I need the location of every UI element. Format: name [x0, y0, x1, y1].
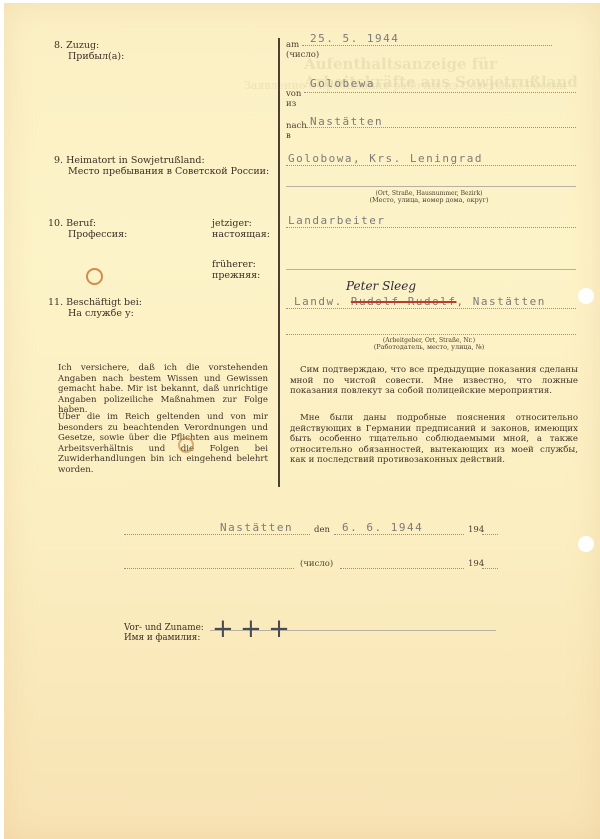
item10-current-line2 [286, 269, 576, 270]
struck-employer-name: Rudolf Rudolf [351, 295, 457, 308]
handwritten-employer-correction: Peter Sleeg [346, 279, 416, 293]
item10-label: 10. Beruf: Профессия: [48, 218, 127, 240]
stamp-mark-2 [178, 437, 194, 453]
document-page: Aufenthaltsanzeige für Arbeitskräfte aus… [4, 3, 600, 839]
item10-label-de: Beruf: [66, 218, 96, 229]
item8-date-value: 25. 5. 1944 [310, 32, 399, 45]
item9-line2 [286, 186, 576, 187]
date-line-ru [340, 568, 464, 569]
item9-label-de: Heimatort in Sowjetrußland: [66, 155, 205, 166]
item8-date-line [302, 45, 552, 46]
item10-current-value: Landarbeiter [288, 214, 385, 227]
item11-label-ru: На службе у: [48, 308, 134, 319]
chislo-label: (число) [300, 559, 333, 569]
signature-crosses: + + + [212, 614, 289, 644]
item10-current-label: jetziger: настоящая: [212, 218, 270, 240]
year-line-ru [482, 568, 498, 569]
item8-am-ru: (число) [286, 50, 319, 60]
punch-hole-bottom [578, 536, 594, 552]
declaration-de-2: Über die im Reich geltenden und von mir … [58, 412, 268, 475]
item8-from-line [304, 92, 576, 93]
signing-date-value: 6. 6. 1944 [342, 521, 423, 534]
item11-caption-ru: (Работодатель, место, улица, №) [294, 344, 564, 351]
place-line-ru [124, 568, 294, 569]
item8-to-line [306, 127, 576, 128]
declaration-de-1: Ich versichere, daß ich die vorstehenden… [58, 363, 268, 416]
item11-line2 [286, 334, 576, 335]
date-line [334, 534, 464, 535]
item11-label-de: Beschäftigt bei: [66, 297, 142, 308]
item8-von-ru: из [286, 99, 296, 109]
item9-label-ru: Место пребывания в Советской России: [54, 166, 269, 177]
declaration-ru-2: Мне были даны подробные пояснения относи… [290, 413, 578, 466]
item11-label: 11. Beschäftigt bei: На службе у: [48, 297, 142, 319]
item8-am-de: am [286, 40, 299, 50]
punch-hole-top [578, 288, 594, 304]
name-label: Vor- und Zuname: Имя и фамилия: [124, 623, 204, 643]
place-line [124, 534, 310, 535]
declaration-ru-1: Сим подтверждаю, что все предыдущие пока… [290, 365, 578, 397]
item8-from-value: Golobewa [310, 77, 375, 90]
item8-nach-ru: в [286, 131, 291, 141]
item9-hometown-value: Golobowa, Krs. Leningrad [288, 152, 483, 165]
item11-line1 [286, 308, 576, 309]
item9-caption-ru: (Место, улица, номер дома, округ) [294, 197, 564, 204]
place-value: Nastätten [220, 521, 293, 534]
item8-label-ru: Прибыл(а): [54, 51, 124, 62]
year-line-de [482, 534, 498, 535]
item9-line1 [286, 165, 576, 166]
item9-label: 9. Heimatort in Sowjetrußland: Место пре… [54, 155, 269, 177]
item10-former-label: früherer: прежняя: [212, 259, 260, 281]
item10-current-line [286, 227, 576, 228]
item11-employer-value: Landw. Rudolf Rudolf, Nastätten [294, 295, 546, 308]
den-label: den [314, 525, 330, 535]
item8-nach-de: nach [286, 121, 307, 131]
stamp-mark [86, 268, 103, 285]
item8-von-de: von [286, 89, 301, 99]
item8-label-de: Zuzug: [66, 40, 99, 51]
item10-label-ru: Профессия: [48, 229, 127, 240]
item8-label: 8. Zuzug: Прибыл(а): [54, 40, 124, 62]
column-divider [278, 38, 280, 487]
